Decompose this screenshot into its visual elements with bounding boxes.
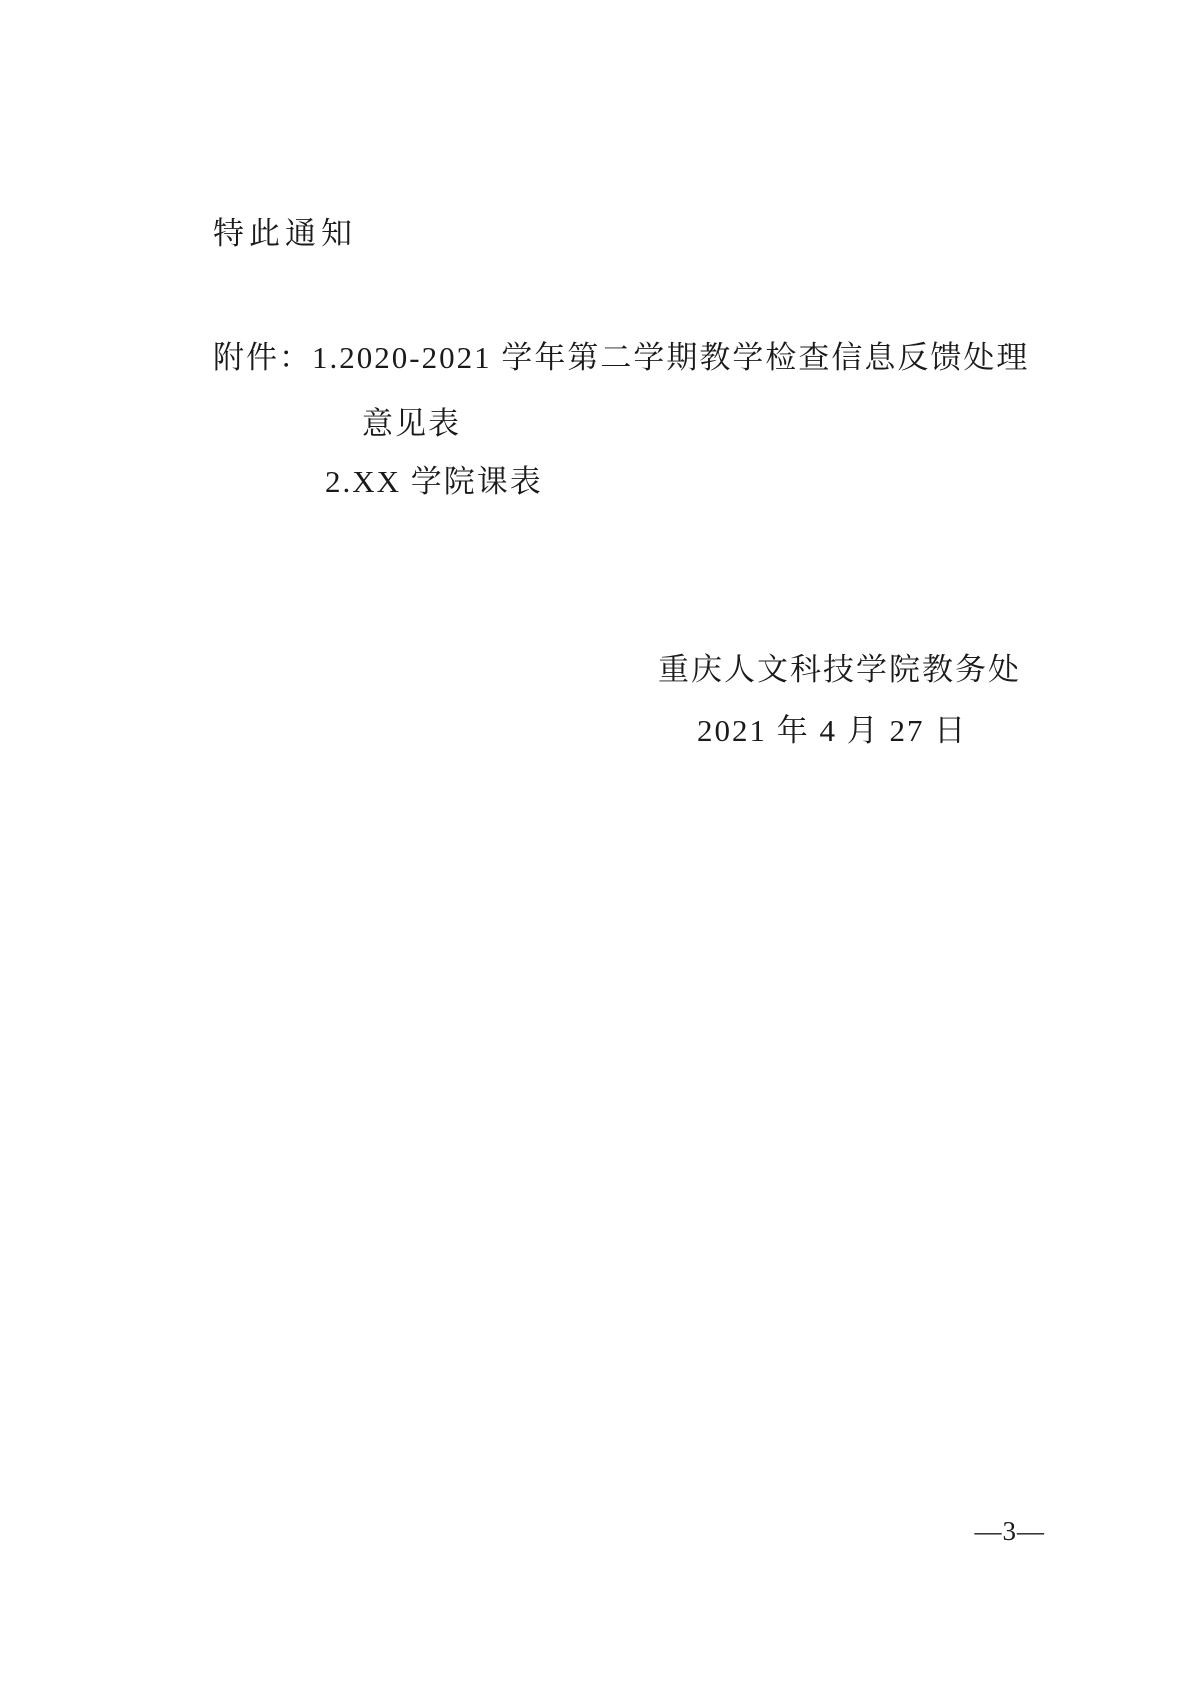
attachment-line-1: 附件：1.2020-2021 学年第二学期教学检查信息反馈处理 bbox=[213, 338, 1029, 378]
attachment-line-2: 2.XX 学院课表 bbox=[325, 462, 543, 502]
closing-line: 特此通知 bbox=[213, 214, 357, 254]
page-number: —3— bbox=[975, 1514, 1046, 1548]
signature-date: 2021 年 4 月 27 日 bbox=[697, 711, 967, 751]
document-page: 特此通知 附件：1.2020-2021 学年第二学期教学检查信息反馈处理 意见表… bbox=[0, 0, 1191, 1684]
signature-organization: 重庆人文科技学院教务处 bbox=[658, 650, 1021, 690]
attachment-line-1-continuation: 意见表 bbox=[362, 404, 461, 444]
